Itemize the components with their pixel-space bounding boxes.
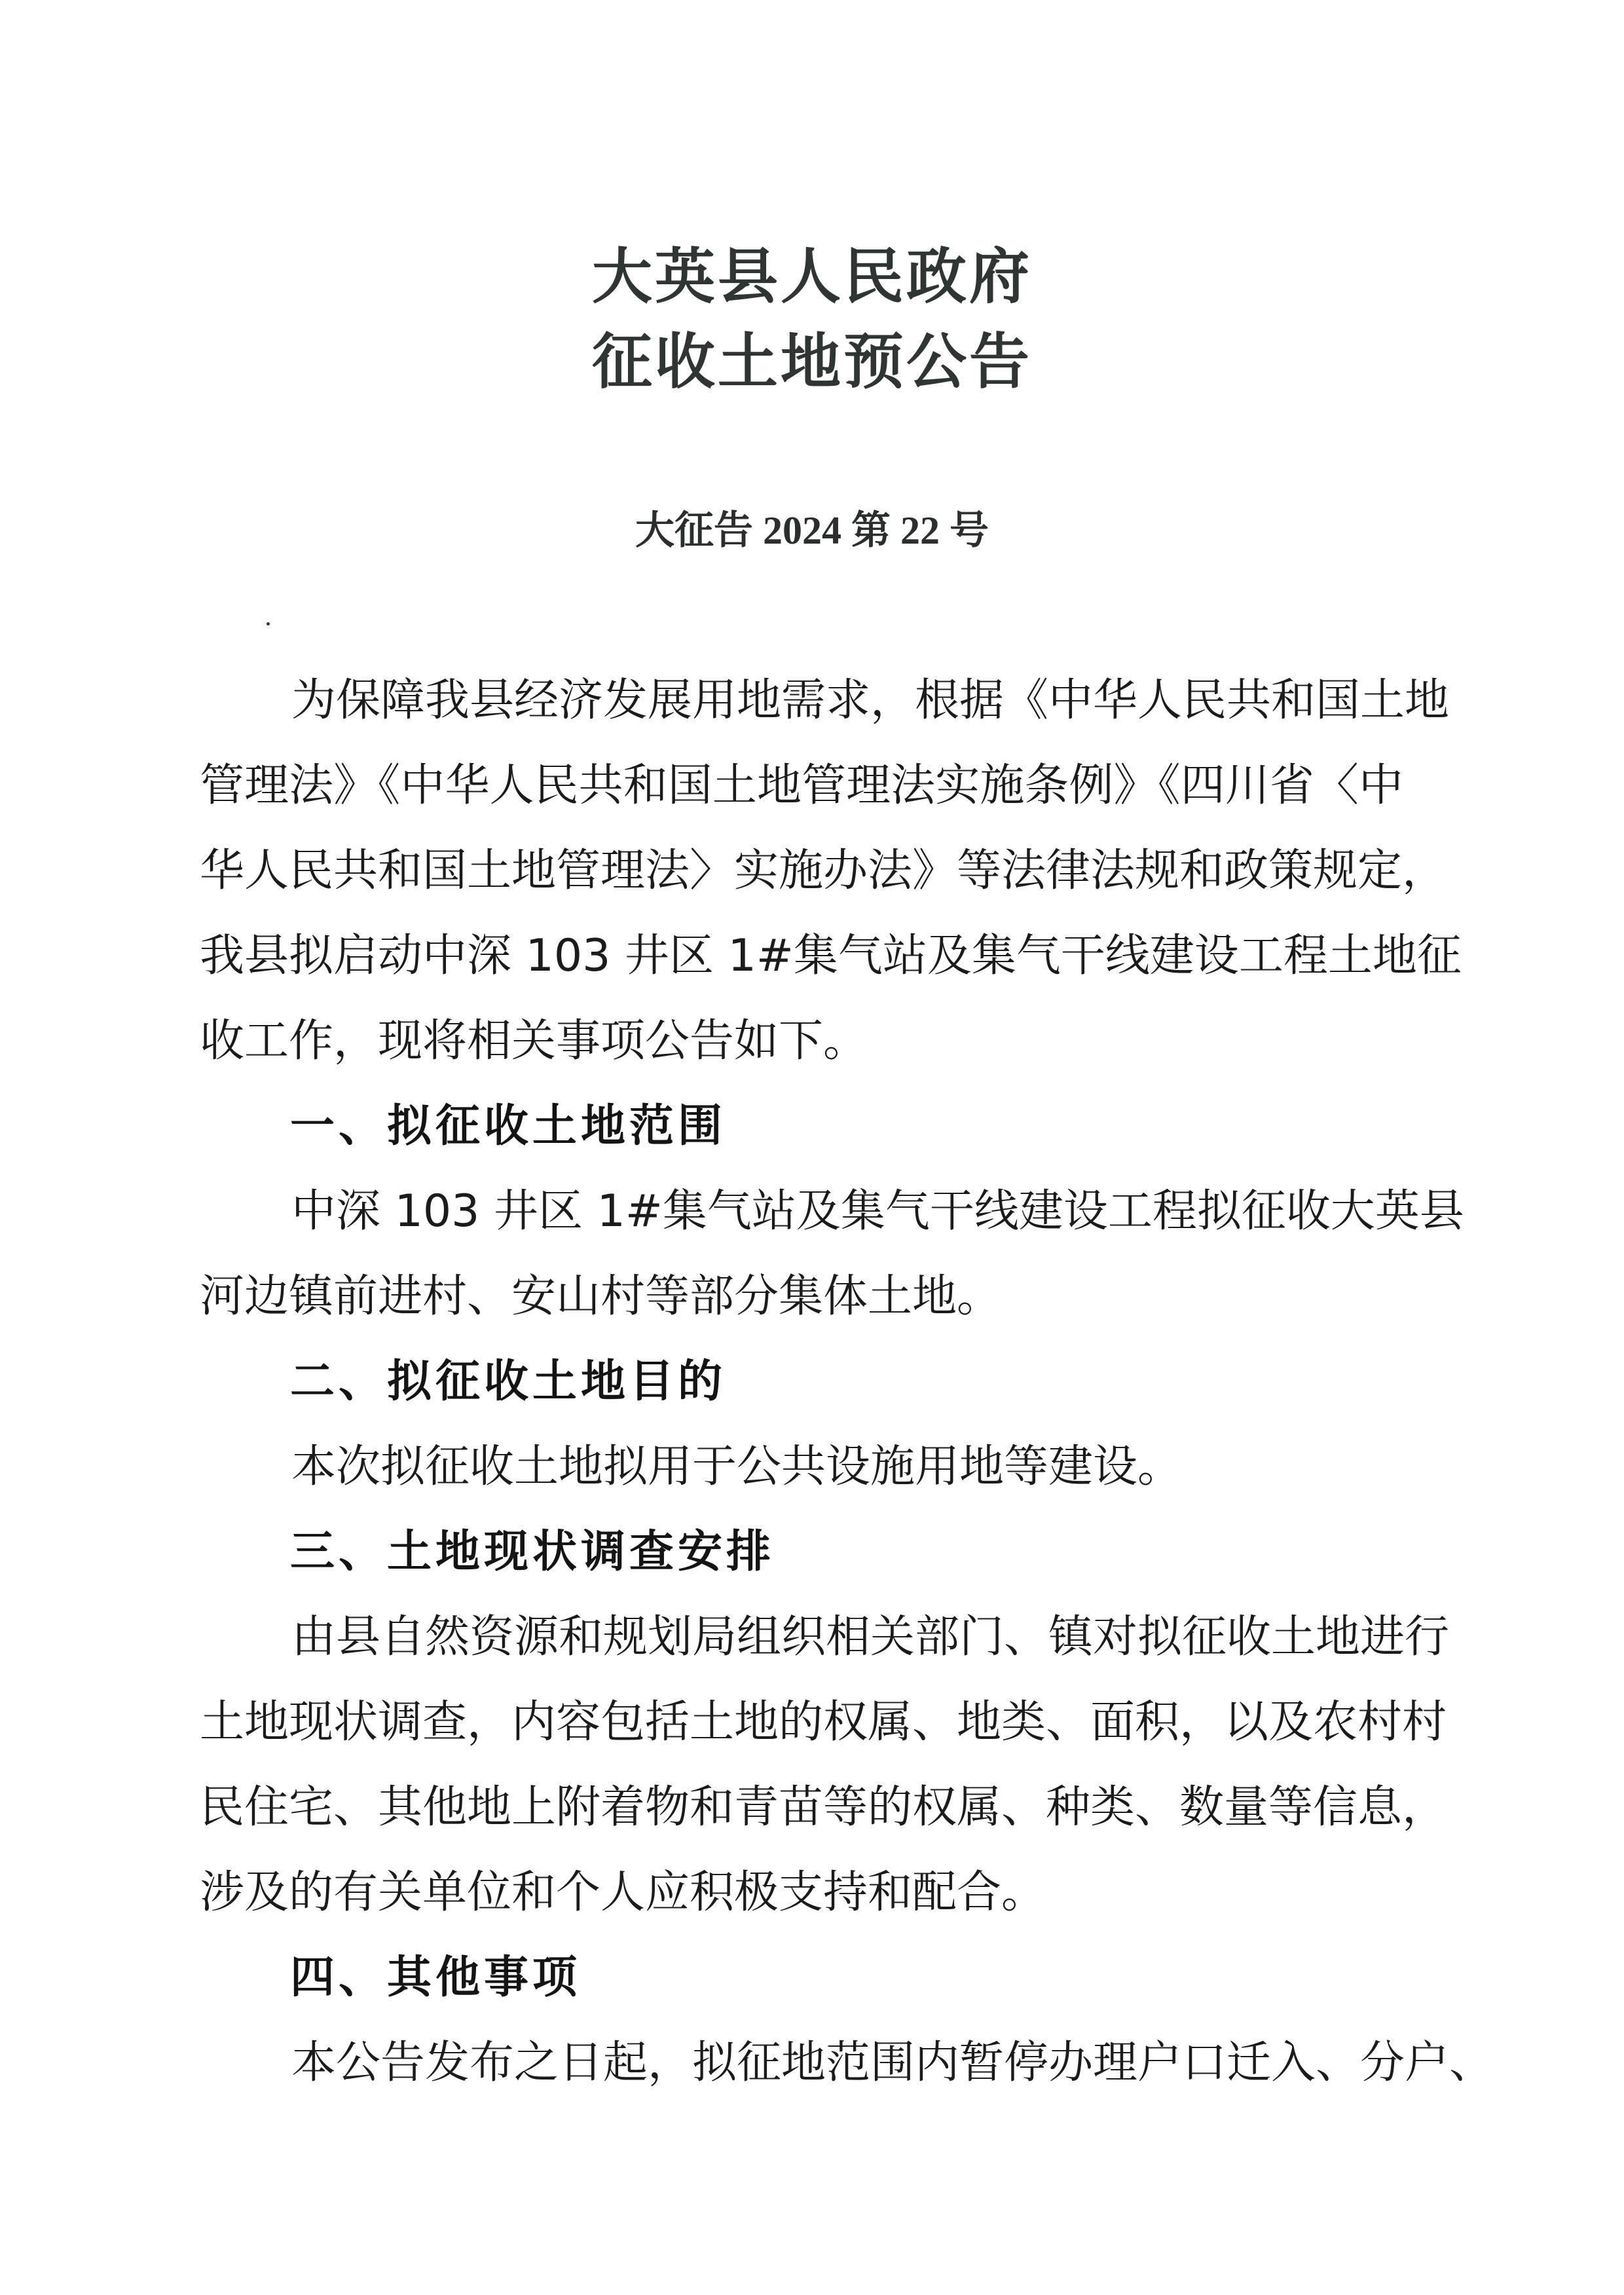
section-heading-3: 三、土地现状调查安排 (290, 1526, 775, 1578)
section-1-line: 中深 103 井区 1#集气站及集气干线建设工程拟征收大英县 (291, 1185, 1403, 1238)
title-line-1: 大英县人民政府 (0, 244, 1624, 309)
section-2-line: 本次拟征收土地拟用于公共设施用地等建设。 (291, 1441, 1403, 1493)
section-3-line: 土地现状调查，内容包括土地的权属、地类、面积，以及农村村 (200, 1696, 1403, 1749)
section-heading-4: 四、其他事项 (290, 1952, 581, 2004)
intro-line: 为保障我县经济发展用地需求，根据《中华人民共和国土地 (291, 675, 1403, 727)
section-heading-2: 二、拟征收土地目的 (290, 1356, 726, 1408)
document-number: 大征告 2024 第 22 号 (0, 508, 1624, 553)
intro-line: 华人民共和国土地管理法〉实施办法》等法律法规和政策规定， (200, 845, 1403, 897)
section-4-line: 本公告发布之日起，拟征地范围内暂停办理户口迁入、分户、 (291, 2037, 1403, 2089)
scan-speck (267, 622, 270, 625)
section-3-line: 由县自然资源和规划局组织相关部门、镇对拟征收土地进行 (291, 1611, 1403, 1664)
section-3-line: 民住宅、其他地上附着物和青苗等的权属、种类、数量等信息， (200, 1782, 1403, 1834)
intro-line: 管理法》《中华人民共和国土地管理法实施条例》《四川省〈中 (200, 760, 1403, 812)
title-line-2: 征收土地预公告 (0, 329, 1624, 394)
section-1-line: 河边镇前进村、安山村等部分集体土地。 (200, 1271, 1403, 1323)
section-3-line: 涉及的有关单位和个人应积极支持和配合。 (200, 1867, 1403, 1919)
document-page: 大英县人民政府 征收土地预公告 大征告 2024 第 22 号 为保障我县经济发… (0, 0, 1624, 2295)
intro-line: 收工作，现将相关事项公告如下。 (200, 1015, 1403, 1068)
section-heading-1: 一、拟征收土地范围 (290, 1100, 726, 1153)
intro-line: 我县拟启动中深 103 井区 1#集气站及集气干线建设工程土地征 (200, 930, 1403, 982)
